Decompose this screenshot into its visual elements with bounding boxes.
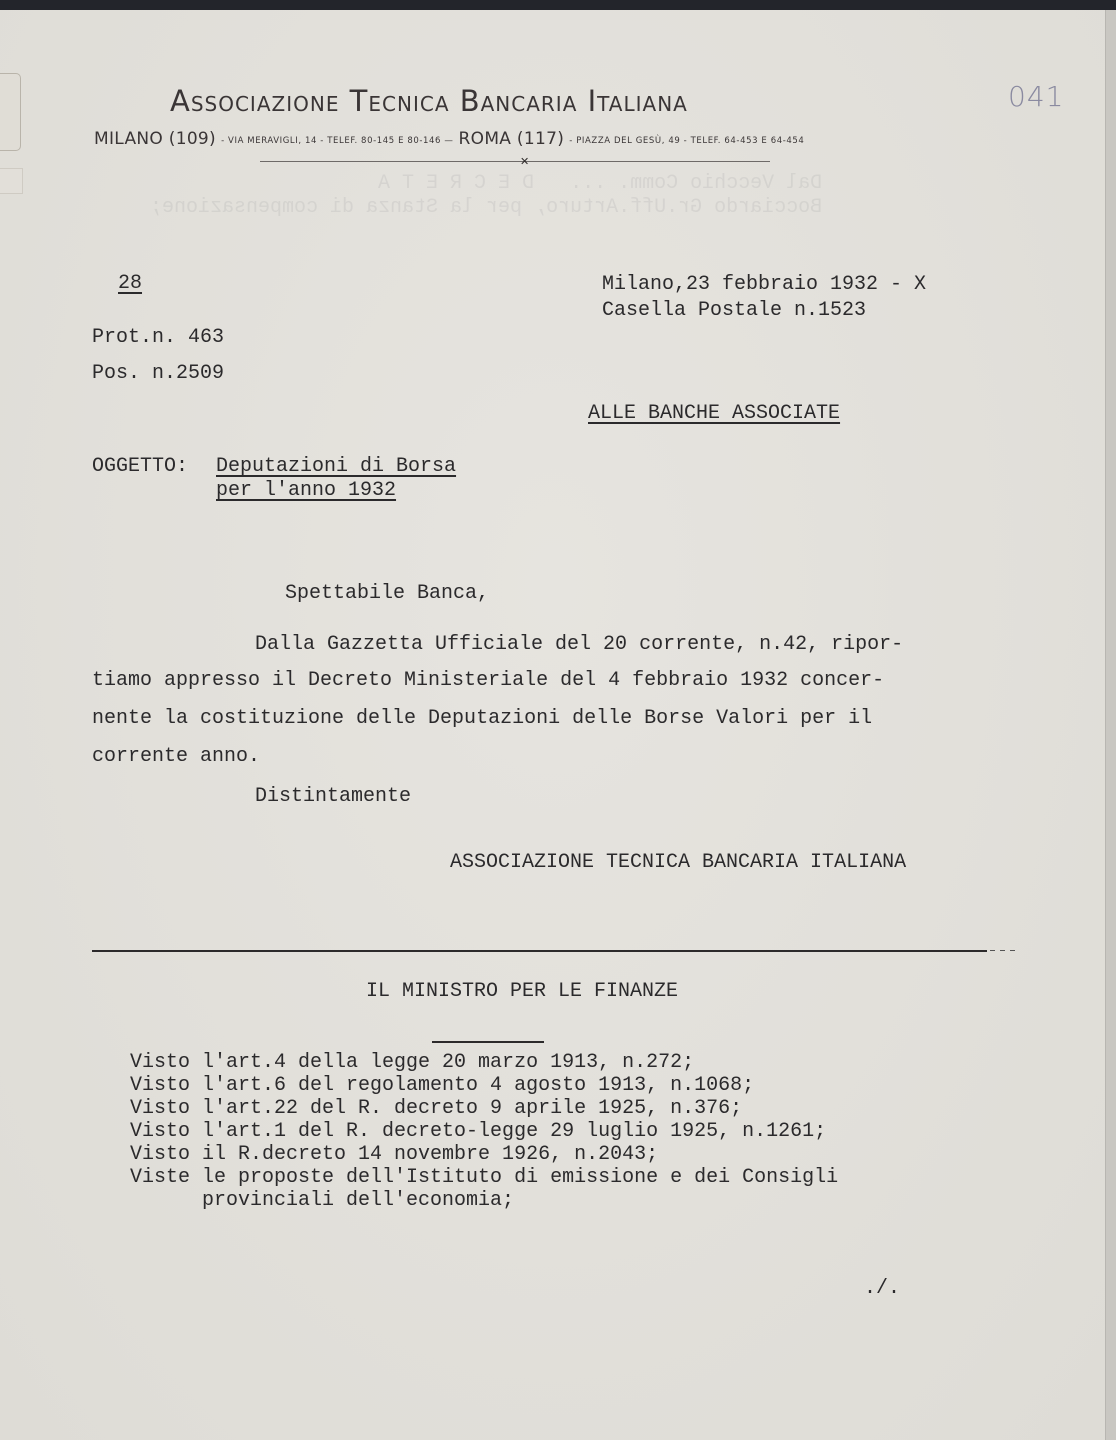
page-edge (1105, 10, 1116, 1440)
document-number: 28 (118, 273, 142, 295)
binder-tab-small (0, 168, 23, 194)
binder-tab (0, 73, 21, 151)
continuation-mark: ./. (864, 1278, 900, 1300)
recital-line: Visto l'art.1 del R. decreto-legge 29 lu… (130, 1121, 826, 1143)
letterhead-address: MILANO (109) - VIA MERAVIGLI, 14 - TELEF… (94, 129, 974, 149)
recital-line: Visto l'art.4 della legge 20 marzo 1913,… (130, 1052, 694, 1074)
position-number: Pos. n.2509 (92, 363, 224, 385)
date-line: Milano,23 febbraio 1932 - X (602, 274, 926, 296)
roma-address: - PIAZZA DEL GESÙ, 49 - TELEF. 64-453 E … (569, 136, 804, 146)
recital-line: provinciali dell'economia; (130, 1190, 514, 1212)
milano-address: - VIA MERAVIGLI, 14 - TELEF. 80-145 E 80… (221, 136, 453, 146)
recital-line: Viste le proposte dell'Istituto di emiss… (130, 1167, 838, 1189)
letterhead-title: Associazione Tecnica Bancaria Italiana (170, 84, 890, 118)
show-through-text: Dal Vecchio Comm. ... D E C R E T A Bocc… (150, 172, 822, 220)
body-line: tiamo appresso il Decreto Ministeriale d… (92, 670, 884, 692)
salutation: Spettabile Banca, (285, 583, 489, 605)
section-divider-tail (990, 950, 1018, 951)
milano-city: MILANO (109) (94, 129, 216, 149)
section-divider (92, 950, 987, 952)
roma-city: ROMA (117) (459, 129, 565, 149)
rule-cross-mark: ✕ (520, 155, 529, 168)
recipient: ALLE BANCHE ASSOCIATE (588, 403, 840, 425)
letterhead-rule (260, 161, 770, 162)
body-line: corrente anno. (92, 746, 260, 768)
subject-line-1: Deputazioni di Borsa (216, 456, 456, 478)
closing: Distintamente (255, 786, 411, 808)
postal-box: Casella Postale n.1523 (602, 300, 866, 322)
signature: ASSOCIAZIONE TECNICA BANCARIA ITALIANA (450, 852, 906, 874)
protocol-number: Prot.n. 463 (92, 327, 224, 349)
scan-top-border (0, 0, 1116, 10)
recital-line: Visto l'art.22 del R. decreto 9 aprile 1… (130, 1098, 742, 1120)
recital-line: Visto il R.decreto 14 novembre 1926, n.2… (130, 1144, 658, 1166)
body-line: nente la costituzione delle Deputazioni … (92, 708, 872, 730)
folio-number: 041 (1008, 80, 1064, 113)
subject-line-2: per l'anno 1932 (216, 480, 396, 502)
recital-line: Visto l'art.6 del regolamento 4 agosto 1… (130, 1075, 754, 1097)
body-line: Dalla Gazzetta Ufficiale del 20 corrente… (255, 634, 903, 656)
decree-heading-rule (432, 1041, 544, 1043)
subject-label: OGGETTO: (92, 456, 188, 478)
decree-heading: IL MINISTRO PER LE FINANZE (366, 981, 678, 1003)
